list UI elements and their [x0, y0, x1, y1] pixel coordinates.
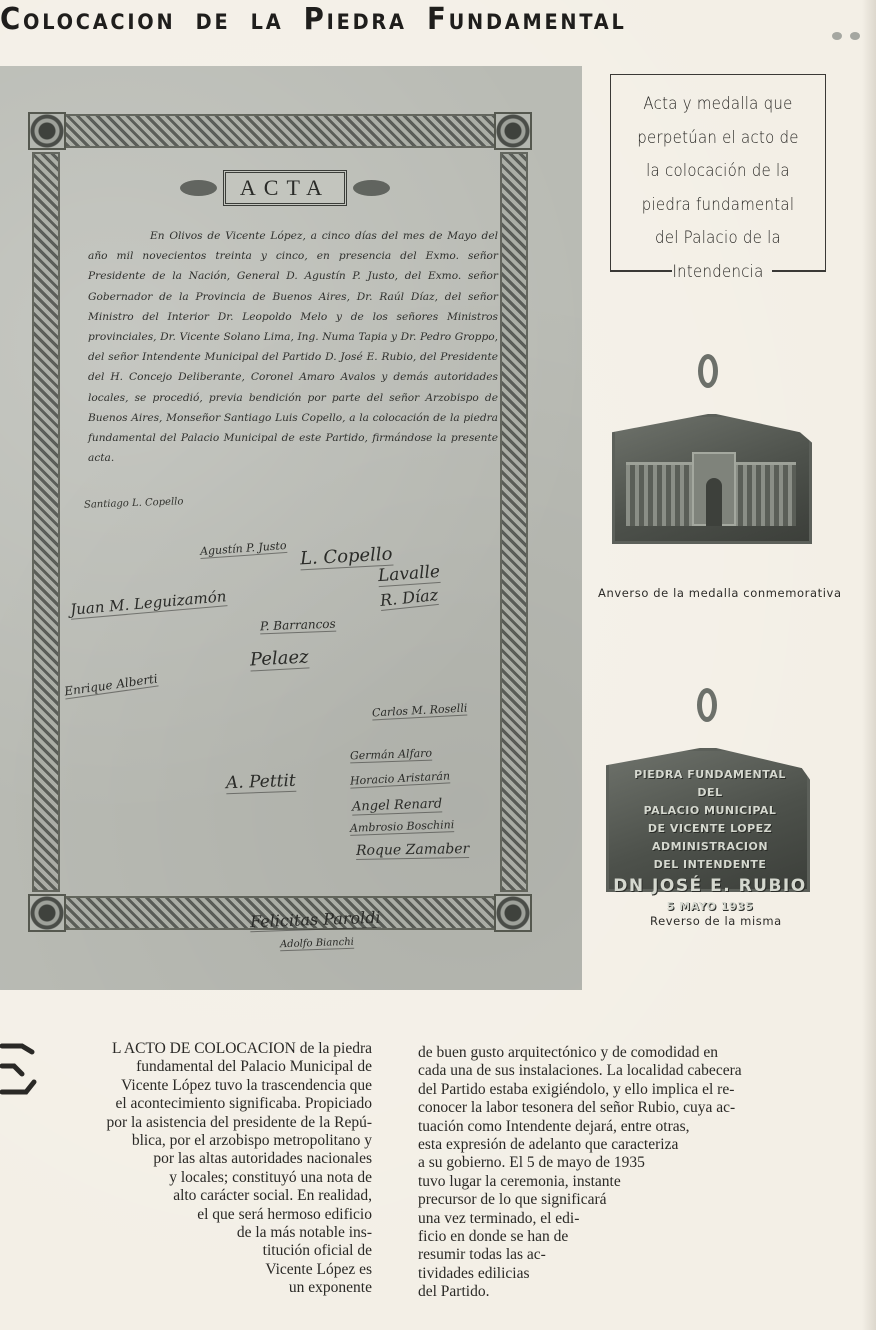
- text-line: por las altas autoridades nacionales: [20, 1150, 372, 1168]
- text-line: alto carácter social. En realidad,: [20, 1187, 372, 1205]
- photo-caption-box-text: Acta y medalla que perpetúan el acto de …: [630, 88, 806, 289]
- caption-line: la colocación de la: [630, 155, 806, 189]
- page-headline: ColocaciondelaPiedraFundamental: [0, 2, 773, 38]
- scroll-ornament-icon: [180, 180, 217, 196]
- medal-ring-icon: [698, 354, 718, 388]
- inscription-line: PALACIO MUNICIPAL: [612, 802, 808, 820]
- text-line: y locales; constituyó una nota de: [20, 1169, 372, 1187]
- text-line: del Partido.: [418, 1283, 830, 1301]
- text-line: fundamental del Palacio Municipal de: [20, 1058, 372, 1076]
- text-line: Vicente López es: [20, 1261, 372, 1279]
- caption-line: Acta y medalla que: [630, 88, 806, 122]
- frame-border-top: [64, 114, 496, 148]
- signature: Agustín P. Justo: [200, 539, 287, 559]
- text-line: resumir todas las ac-: [418, 1246, 830, 1264]
- article-right-column: de buen gusto arquitectónico y de comodi…: [418, 1044, 830, 1302]
- medal-reverse-caption: Reverso de la misma: [650, 914, 782, 928]
- page-gutter-shadow: [862, 0, 876, 1330]
- acta-title-cartouche: ACTA: [180, 170, 390, 206]
- frame-border-right: [500, 152, 528, 892]
- text-line: una vez terminado, el edi-: [418, 1210, 830, 1228]
- text-line: L ACTO DE COLOCACION de la piedra: [20, 1040, 372, 1058]
- acta-title: ACTA: [223, 170, 347, 206]
- signature: Juan M. Leguizamón: [69, 587, 227, 620]
- text-line: el acontecimiento significaba. Propiciad…: [20, 1095, 372, 1113]
- acta-photograph: ACTA En Olivos de Vicente López, a cinco…: [0, 66, 582, 990]
- text-line: de buen gusto arquitectónico y de comodi…: [418, 1044, 830, 1062]
- signature: Horacio Aristarán: [350, 769, 451, 788]
- print-specks: [832, 32, 860, 40]
- signature: Roque Zamaber: [356, 841, 470, 860]
- signature: A. Pettit: [226, 771, 296, 794]
- speck-mark: [850, 32, 860, 40]
- text-line: tividades edilicias: [418, 1265, 830, 1283]
- medal-obverse-caption: Anverso de la medalla conmemorativa: [598, 586, 842, 600]
- signature: Germán Alfaro: [350, 747, 433, 764]
- text-line: un exponente: [20, 1279, 372, 1297]
- signature: Ambrosio Boschini: [350, 818, 455, 836]
- rosette-corner-icon: [28, 112, 66, 150]
- palace-arch-icon: [706, 478, 722, 526]
- text-line: blica, por el arzobispo metropolitano y: [20, 1132, 372, 1150]
- inscription-line: DEL: [612, 784, 808, 802]
- signature: Felicitas Paroldi: [250, 908, 381, 933]
- article-left-column: L ACTO DE COLOCACION de la piedra fundam…: [20, 1040, 372, 1298]
- headline-word: Colocacion: [0, 2, 175, 37]
- headline-word: la: [251, 2, 284, 37]
- text-line: del Partido estaba exigiéndolo, y ello i…: [418, 1081, 830, 1099]
- text-line: titución oficial de: [20, 1242, 372, 1260]
- text-line: precursor de lo que significará: [418, 1191, 830, 1209]
- signature: Lavalle: [377, 562, 440, 587]
- acta-body-text: En Olivos de Vicente López, a cinco días…: [88, 226, 498, 468]
- signature: Enrique Alberti: [63, 672, 158, 700]
- signature: Adolfo Bianchi: [280, 937, 354, 952]
- signatures-block: Agustín P. Justo L. Copello Juan M. Legu…: [60, 536, 500, 946]
- frame-border-left: [32, 152, 60, 892]
- text-line: por la asistencia del presidente de la R…: [20, 1114, 372, 1132]
- text-line: tuvo lugar la ceremonia, instante: [418, 1173, 830, 1191]
- text-line: conocer la labor tesonera del señor Rubi…: [418, 1099, 830, 1117]
- signature: Angel Renard: [352, 796, 443, 815]
- headline-word: Fundamental: [427, 2, 627, 37]
- text-line: esta expresión de adelanto que caracteri…: [418, 1136, 830, 1154]
- text-line: tuación como Intendente dejará, entre ot…: [418, 1118, 830, 1136]
- caption-line: del Palacio de la: [630, 222, 806, 256]
- signature: Carlos M. Roselli: [372, 702, 468, 721]
- scroll-ornament-icon: [353, 180, 390, 196]
- signature: Pelaez: [249, 646, 309, 671]
- inscription-line: DEL INTENDENTE: [612, 856, 808, 874]
- caption-line: piedra fundamental: [630, 189, 806, 223]
- caption-line: perpetúan el acto de: [630, 122, 806, 156]
- text-line: a su gobierno. El 5 de mayo de 1935: [418, 1154, 830, 1172]
- text-line: de la más notable ins-: [20, 1224, 372, 1242]
- signature: P. Barrancos: [260, 617, 336, 635]
- medal-ring-icon: [697, 688, 717, 722]
- inscription-line: ADMINISTRACION: [612, 838, 808, 856]
- signature: R. Díaz: [379, 585, 439, 611]
- text-line: Vicente López tuvo la trascendencia que: [20, 1077, 372, 1095]
- inscription-line: PIEDRA FUNDAMENTAL: [612, 766, 808, 784]
- text-line: el que será hermoso edificio: [20, 1206, 372, 1224]
- speck-mark: [832, 32, 842, 40]
- inscription-line: DE VICENTE LOPEZ: [612, 820, 808, 838]
- medal-inscription: PIEDRA FUNDAMENTAL DEL PALACIO MUNICIPAL…: [612, 766, 808, 916]
- headline-word: Piedra: [304, 2, 407, 37]
- text-line: cada una de sus instalaciones. La locali…: [418, 1062, 830, 1080]
- inscription-line: DN JOSÉ E. RUBIO: [612, 874, 808, 898]
- headline-word: de: [196, 2, 231, 37]
- caption-line: Intendencia: [630, 256, 806, 290]
- rosette-corner-icon: [494, 112, 532, 150]
- text-line: ficio en donde se han de: [418, 1228, 830, 1246]
